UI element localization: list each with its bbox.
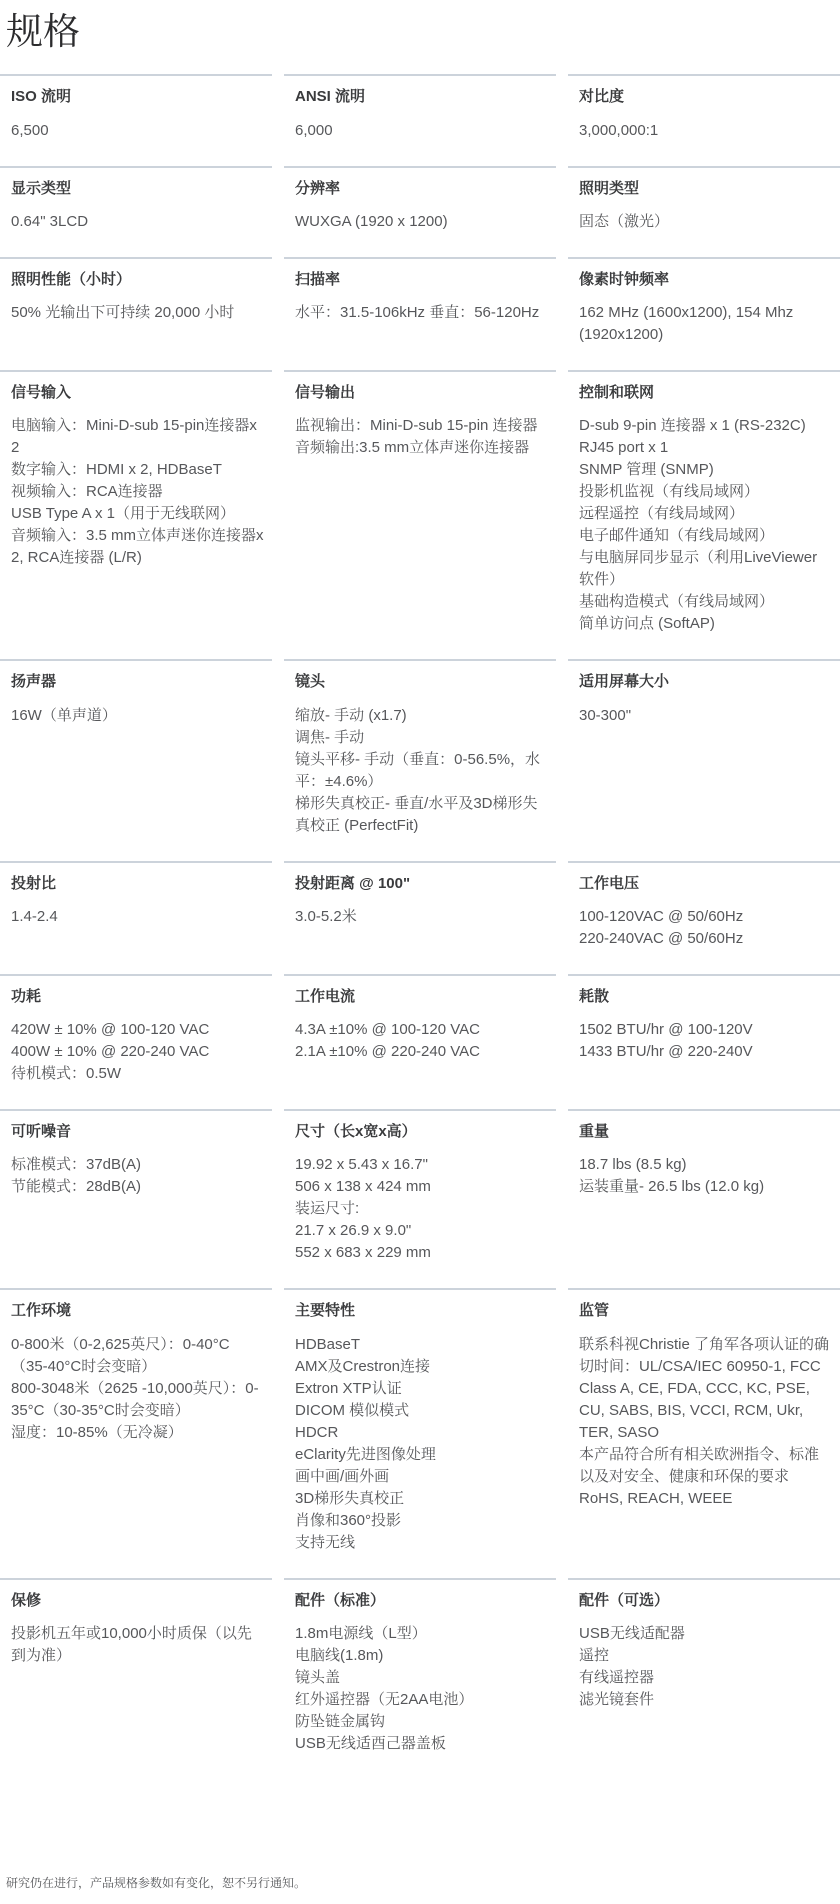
spec-value: 投影机五年或10,000小时质保（以先到为准） xyxy=(11,1623,264,1667)
spec-cell-operating-environment: 工作环境 0-800米（0-2,625英尺）：0-40°C（35-40°C时会变… xyxy=(0,1288,272,1577)
spec-value: 固态（激光） xyxy=(579,211,832,233)
spec-row: ISO 流明 6,500 ANSI 流明 6,000 对比度 3,000,000… xyxy=(0,74,840,165)
spec-cell-contrast: 对比度 3,000,000:1 xyxy=(568,74,840,165)
spec-cell-ansi-lumens: ANSI 流明 6,000 xyxy=(284,74,556,165)
spec-value: 标准模式：37dB(A) 节能模式：28dB(A) xyxy=(11,1154,264,1198)
spec-cell-signal-input: 信号输入 电脑输入：Mini-D-sub 15-pin连接器x 2 数字输入：H… xyxy=(0,370,272,659)
spec-title: 扬声器 xyxy=(11,672,264,692)
spec-title: 保修 xyxy=(11,1591,264,1611)
spec-cell-scan-rate: 扫描率 水平：31.5-106kHz 垂直：56-120Hz xyxy=(284,257,556,370)
spec-cell-accessories-optional: 配件（可选） USB无线适配器 遥控 有线遥控器 滤光镜套件 xyxy=(568,1578,840,1779)
spec-row: 工作环境 0-800米（0-2,625英尺）：0-40°C（35-40°C时会变… xyxy=(0,1288,840,1577)
spec-cell-signal-output: 信号输出 监视输出：Mini-D-sub 15-pin 连接器 音频输出:3.5… xyxy=(284,370,556,659)
spec-cell-control-networking: 控制和联网 D-sub 9-pin 连接器 x 1 (RS-232C) RJ45… xyxy=(568,370,840,659)
spec-value: 0-800米（0-2,625英尺）：0-40°C（35-40°C时会变暗） 80… xyxy=(11,1334,264,1444)
spec-cell-lens: 镜头 缩放- 手动 (x1.7) 调焦- 手动 镜头平移- 手动（垂直：0-56… xyxy=(284,659,556,860)
spec-title: 投射比 xyxy=(11,874,264,894)
spec-value: 3,000,000:1 xyxy=(579,120,832,142)
spec-title: 主要特性 xyxy=(295,1301,548,1321)
spec-cell-throw-ratio: 投射比 1.4-2.4 xyxy=(0,861,272,974)
spec-title: ISO 流明 xyxy=(11,87,264,107)
spec-cell-iso-lumens: ISO 流明 6,500 xyxy=(0,74,272,165)
spec-value: 0.64" 3LCD xyxy=(11,211,264,233)
spec-value: HDBaseT AMX及Crestron连接 Extron XTP认证 DICO… xyxy=(295,1334,548,1554)
spec-cell-key-features: 主要特性 HDBaseT AMX及Crestron连接 Extron XTP认证… xyxy=(284,1288,556,1577)
spec-value: 1.8m电源线（L型） 电脑线(1.8m) 镜头盖 红外遥控器（无2AA电池） … xyxy=(295,1623,548,1755)
spec-value: 4.3A ±10% @ 100-120 VAC 2.1A ±10% @ 220-… xyxy=(295,1019,548,1063)
spec-row: 保修 投影机五年或10,000小时质保（以先到为准） 配件（标准） 1.8m电源… xyxy=(0,1578,840,1779)
spec-value: WUXGA (1920 x 1200) xyxy=(295,211,548,233)
page-title: 规格 xyxy=(6,10,840,54)
spec-row: 投射比 1.4-2.4 投射距离 @ 100" 3.0-5.2米 工作电压 10… xyxy=(0,861,840,974)
spec-title: 控制和联网 xyxy=(579,383,832,403)
spec-cell-pixel-clock: 像素时钟频率 162 MHz (1600x1200), 154 Mhz (192… xyxy=(568,257,840,370)
spec-cell-throw-distance: 投射距离 @ 100" 3.0-5.2米 xyxy=(284,861,556,974)
spec-row: 功耗 420W ± 10% @ 100-120 VAC 400W ± 10% @… xyxy=(0,974,840,1109)
spec-title: 镜头 xyxy=(295,672,548,692)
spec-value: 30-300" xyxy=(579,705,832,727)
spec-title: 工作环境 xyxy=(11,1301,264,1321)
spec-value: 电脑输入：Mini-D-sub 15-pin连接器x 2 数字输入：HDMI x… xyxy=(11,415,264,569)
spec-title: 对比度 xyxy=(579,87,832,107)
spec-cell-audible-noise: 可听噪音 标准模式：37dB(A) 节能模式：28dB(A) xyxy=(0,1109,272,1288)
spec-value: 3.0-5.2米 xyxy=(295,906,548,928)
spec-value: 162 MHz (1600x1200), 154 Mhz (1920x1200) xyxy=(579,302,832,346)
spec-cell-power-consumption: 功耗 420W ± 10% @ 100-120 VAC 400W ± 10% @… xyxy=(0,974,272,1109)
spec-title: 功耗 xyxy=(11,987,264,1007)
spec-value: 水平：31.5-106kHz 垂直：56-120Hz xyxy=(295,302,548,324)
spec-title: 显示类型 xyxy=(11,179,264,199)
spec-value: 16W（单声道） xyxy=(11,705,264,727)
spec-cell-speaker: 扬声器 16W（单声道） xyxy=(0,659,272,860)
spec-title: 信号输入 xyxy=(11,383,264,403)
spec-cell-dimensions: 尺寸（长x宽x高） 19.92 x 5.43 x 16.7" 506 x 138… xyxy=(284,1109,556,1288)
spec-value: 100-120VAC @ 50/60Hz 220-240VAC @ 50/60H… xyxy=(579,906,832,950)
spec-row: 扬声器 16W（单声道） 镜头 缩放- 手动 (x1.7) 调焦- 手动 镜头平… xyxy=(0,659,840,860)
spec-title: 适用屏幕大小 xyxy=(579,672,832,692)
spec-cell-accessories-standard: 配件（标准） 1.8m电源线（L型） 电脑线(1.8m) 镜头盖 红外遥控器（无… xyxy=(284,1578,556,1779)
spec-title: 工作电流 xyxy=(295,987,548,1007)
spec-title: 配件（可选） xyxy=(579,1591,832,1611)
spec-title: 像素时钟频率 xyxy=(579,270,832,290)
spec-value: 1.4-2.4 xyxy=(11,906,264,928)
spec-value: D-sub 9-pin 连接器 x 1 (RS-232C) RJ45 port … xyxy=(579,415,832,635)
spec-cell-illumination-hours: 照明性能（小时） 50% 光输出下可持续 20,000 小时 xyxy=(0,257,272,370)
spec-cell-illumination-type: 照明类型 固态（激光） xyxy=(568,166,840,257)
spec-title: 照明性能（小时） xyxy=(11,270,264,290)
footer-disclaimer: 研究仍在进行，产品规格参数如有变化，恕不另行通知。 xyxy=(6,1875,840,1892)
spec-value: 联系科视Christie 了角军各项认证的确切时间：UL/CSA/IEC 609… xyxy=(579,1334,832,1510)
spec-cell-operating-voltage: 工作电压 100-120VAC @ 50/60Hz 220-240VAC @ 5… xyxy=(568,861,840,974)
spec-grid: ISO 流明 6,500 ANSI 流明 6,000 对比度 3,000,000… xyxy=(0,74,840,1779)
spec-row: 显示类型 0.64" 3LCD 分辨率 WUXGA (1920 x 1200) … xyxy=(0,166,840,257)
spec-title: 配件（标准） xyxy=(295,1591,548,1611)
spec-value: 50% 光输出下可持续 20,000 小时 xyxy=(11,302,264,324)
spec-title: 重量 xyxy=(579,1122,832,1142)
spec-title: 可听噪音 xyxy=(11,1122,264,1142)
spec-cell-display-type: 显示类型 0.64" 3LCD xyxy=(0,166,272,257)
spec-title: 耗散 xyxy=(579,987,832,1007)
spec-cell-dissipation: 耗散 1502 BTU/hr @ 100-120V 1433 BTU/hr @ … xyxy=(568,974,840,1109)
spec-cell-resolution: 分辨率 WUXGA (1920 x 1200) xyxy=(284,166,556,257)
spec-title: 投射距离 @ 100" xyxy=(295,874,548,894)
spec-cell-screen-size: 适用屏幕大小 30-300" xyxy=(568,659,840,860)
spec-title: 信号输出 xyxy=(295,383,548,403)
spec-title: 分辨率 xyxy=(295,179,548,199)
spec-title: 监管 xyxy=(579,1301,832,1321)
spec-page: 规格 ISO 流明 6,500 ANSI 流明 6,000 对比度 3,000,… xyxy=(0,0,840,1892)
spec-cell-regulatory: 监管 联系科视Christie 了角军各项认证的确切时间：UL/CSA/IEC … xyxy=(568,1288,840,1577)
spec-title: ANSI 流明 xyxy=(295,87,548,107)
spec-row: 照明性能（小时） 50% 光输出下可持续 20,000 小时 扫描率 水平：31… xyxy=(0,257,840,370)
spec-value: 监视输出：Mini-D-sub 15-pin 连接器 音频输出:3.5 mm立体… xyxy=(295,415,548,459)
spec-title: 工作电压 xyxy=(579,874,832,894)
spec-cell-warranty: 保修 投影机五年或10,000小时质保（以先到为准） xyxy=(0,1578,272,1779)
spec-value: 1502 BTU/hr @ 100-120V 1433 BTU/hr @ 220… xyxy=(579,1019,832,1063)
spec-title: 扫描率 xyxy=(295,270,548,290)
spec-value: 420W ± 10% @ 100-120 VAC 400W ± 10% @ 22… xyxy=(11,1019,264,1085)
spec-value: 6,000 xyxy=(295,120,548,142)
spec-value: 18.7 lbs (8.5 kg) 运装重量- 26.5 lbs (12.0 k… xyxy=(579,1154,832,1198)
spec-cell-weight: 重量 18.7 lbs (8.5 kg) 运装重量- 26.5 lbs (12.… xyxy=(568,1109,840,1288)
spec-value: 6,500 xyxy=(11,120,264,142)
spec-value: 19.92 x 5.43 x 16.7" 506 x 138 x 424 mm … xyxy=(295,1154,548,1264)
spec-title: 尺寸（长x宽x高） xyxy=(295,1122,548,1142)
spec-row: 可听噪音 标准模式：37dB(A) 节能模式：28dB(A) 尺寸（长x宽x高）… xyxy=(0,1109,840,1288)
spec-title: 照明类型 xyxy=(579,179,832,199)
spec-value: USB无线适配器 遥控 有线遥控器 滤光镜套件 xyxy=(579,1623,832,1711)
spec-cell-operating-current: 工作电流 4.3A ±10% @ 100-120 VAC 2.1A ±10% @… xyxy=(284,974,556,1109)
spec-value: 缩放- 手动 (x1.7) 调焦- 手动 镜头平移- 手动（垂直：0-56.5%… xyxy=(295,705,548,837)
spec-row: 信号输入 电脑输入：Mini-D-sub 15-pin连接器x 2 数字输入：H… xyxy=(0,370,840,659)
